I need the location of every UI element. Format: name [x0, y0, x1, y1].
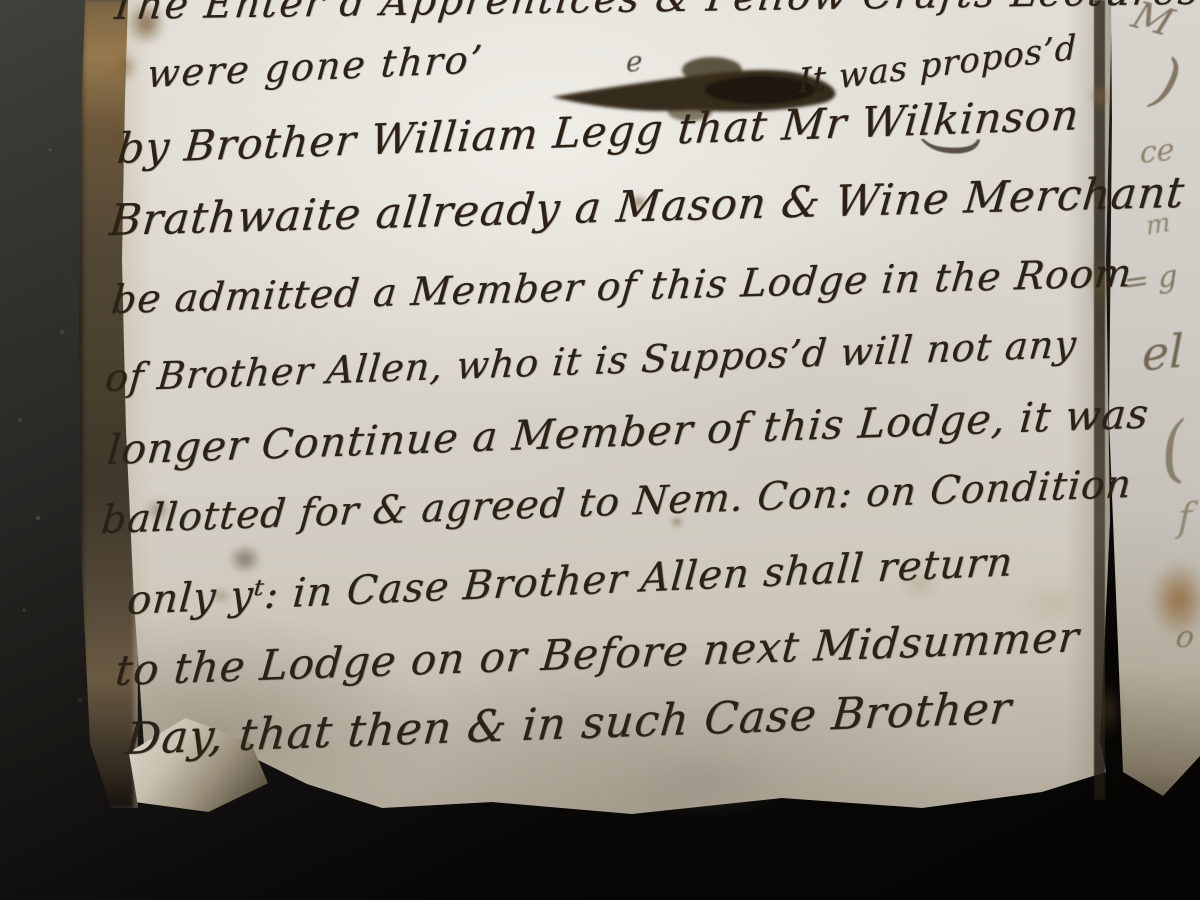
ink-smear-blot [540, 40, 870, 140]
page-gutter-fold [1094, 0, 1105, 800]
manuscript-photo-scene: The Enter’d Apprentices & Fellow Crafts … [0, 0, 1200, 900]
